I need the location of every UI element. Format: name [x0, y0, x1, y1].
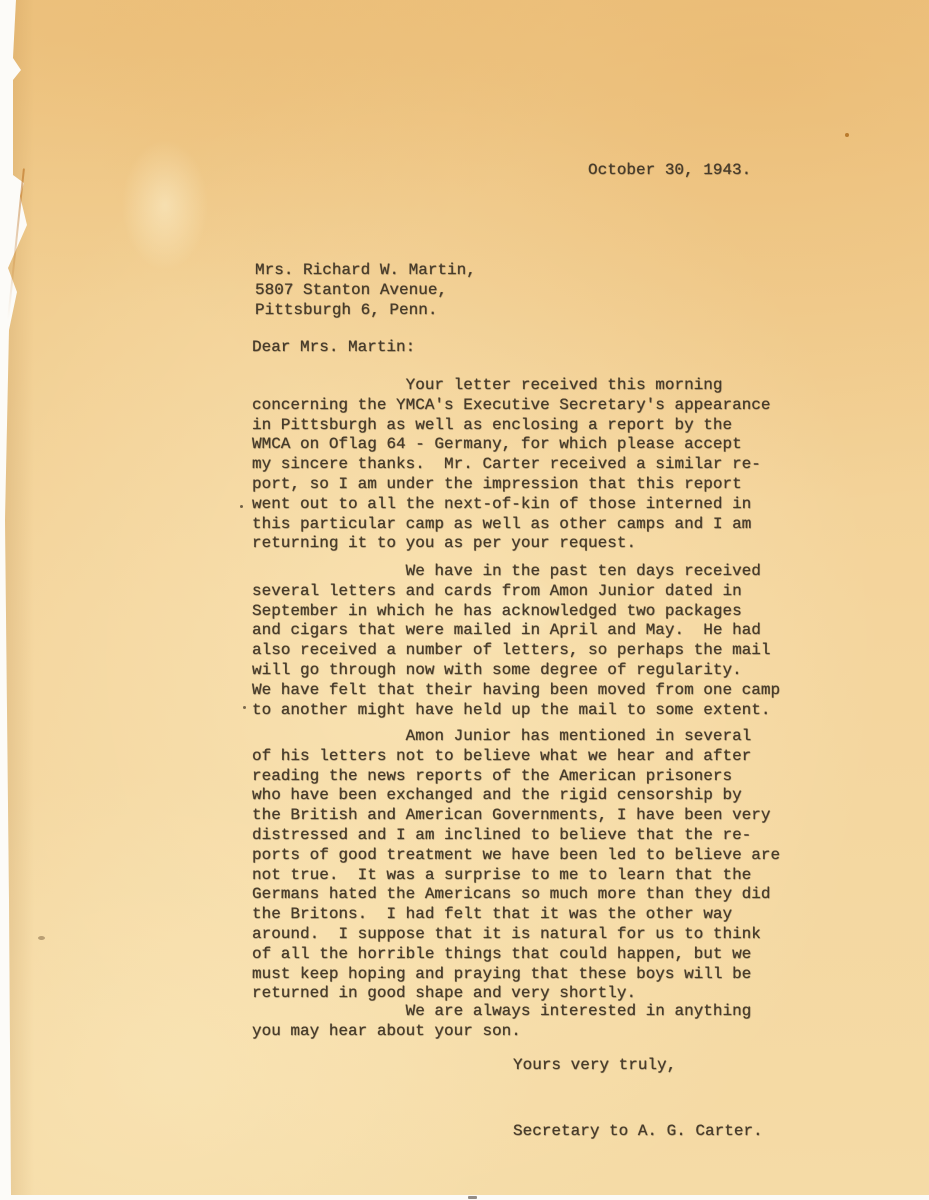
letter-line: the British and American Governments, I …: [252, 806, 780, 826]
stray-ink-dot: [243, 706, 246, 709]
body-paragraph-3: Amon Junior has mentioned in severalof h…: [252, 727, 780, 1004]
body-paragraph-1: Your letter received this morningconcern…: [252, 376, 770, 554]
paper-speck: [845, 133, 849, 137]
letter-line: We are always interested in anything: [252, 1002, 751, 1022]
letter-line: this particular camp as well as other ca…: [252, 515, 770, 535]
body-paragraph-2: We have in the past ten days receivedsev…: [252, 562, 780, 720]
paper-smudge: [38, 936, 45, 940]
letter-line: of his letters not to believe what we he…: [252, 747, 780, 767]
letter-line: port, so I am under the impression that …: [252, 475, 770, 495]
letter-line: in Pittsburgh as well as enclosing a rep…: [252, 416, 770, 436]
letter-line: We have in the past ten days received: [252, 562, 780, 582]
signature-line: Secretary to A. G. Carter.: [513, 1122, 763, 1142]
letter-line: and cigars that were mailed in April and…: [252, 621, 780, 641]
letter-line: several letters and cards from Amon Juni…: [252, 582, 780, 602]
scanned-letter-page: October 30, 1943. Mrs. Richard W. Martin…: [0, 0, 929, 1200]
letter-line: returning it to you as per your request.: [252, 534, 770, 554]
letter-line: reading the news reports of the American…: [252, 767, 780, 787]
salutation: Dear Mrs. Martin:: [252, 338, 415, 358]
letter-line: will go through now with some degree of …: [252, 661, 780, 681]
letter-line: went out to all the next-of-kin of those…: [252, 495, 770, 515]
letter-line: not true. It was a surprise to me to lea…: [252, 866, 780, 886]
complimentary-closing: Yours very truly,: [513, 1056, 676, 1076]
body-paragraph-4: We are always interested in anythingyou …: [252, 1002, 751, 1042]
letter-line: who have been exchanged and the rigid ce…: [252, 786, 780, 806]
letter-line: around. I suppose that it is natural for…: [252, 925, 780, 945]
letter-line: concerning the YMCA's Executive Secretar…: [252, 396, 770, 416]
letter-line: to another might have held up the mail t…: [252, 701, 780, 721]
letter-line: you may hear about your son.: [252, 1022, 751, 1042]
letter-line: must keep hoping and praying that these …: [252, 965, 780, 985]
letter-line: 5807 Stanton Avenue,: [255, 281, 476, 301]
letter-line: also received a number of letters, so pe…: [252, 641, 780, 661]
letter-line: September in which he has acknowledged t…: [252, 602, 780, 622]
recipient-address-block: Mrs. Richard W. Martin,5807 Stanton Aven…: [255, 261, 476, 320]
letter-line: of all the horrible things that could ha…: [252, 945, 780, 965]
letter-line: We have felt that their having been move…: [252, 681, 780, 701]
letter-line: Germans hated the Americans so much more…: [252, 885, 780, 905]
letter-line: Your letter received this morning: [252, 376, 770, 396]
letter-line: Pittsburgh 6, Penn.: [255, 301, 476, 321]
letter-line: Mrs. Richard W. Martin,: [255, 261, 476, 281]
letter-line: Amon Junior has mentioned in several: [252, 727, 780, 747]
letter-line: ports of good treatment we have been led…: [252, 846, 780, 866]
letter-line: my sincere thanks. Mr. Carter received a…: [252, 455, 770, 475]
letter-line: the Britons. I had felt that it was the …: [252, 905, 780, 925]
letter-date: October 30, 1943.: [588, 161, 751, 181]
paper-edge-mark: [468, 1196, 477, 1199]
letter-line: distressed and I am inclined to believe …: [252, 826, 780, 846]
stray-ink-dot: [240, 505, 243, 508]
letter-line: WMCA on Oflag 64 - Germany, for which pl…: [252, 435, 770, 455]
